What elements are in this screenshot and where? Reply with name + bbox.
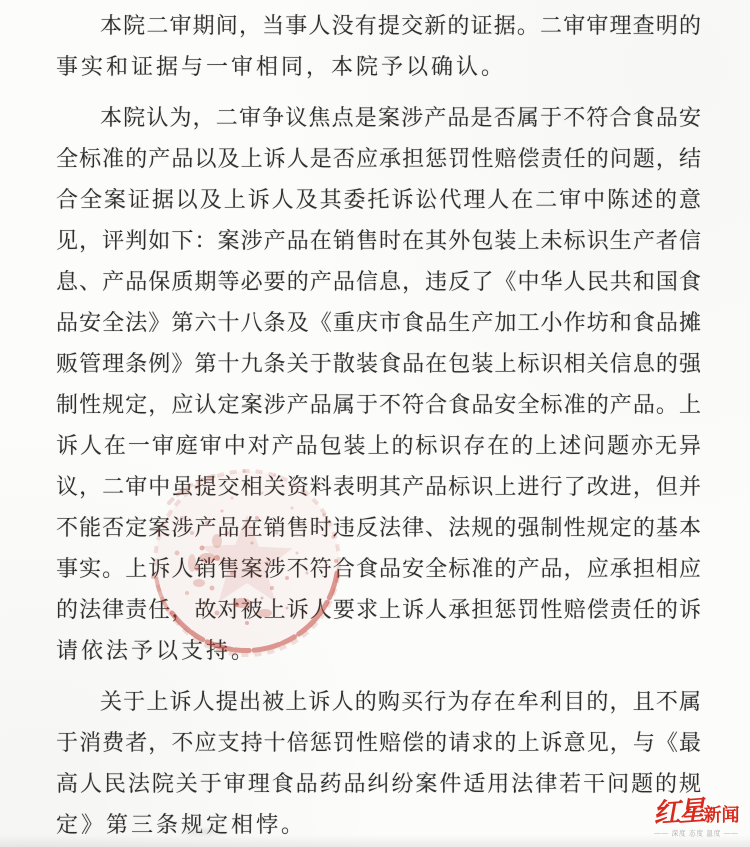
text-line: 息、产品保质期等必要的产品信息，违反了《中华人民共和国食 [56,261,701,302]
text-line: 于消费者，不应支持十倍惩罚性赔偿的请求的上诉意见，与《最 [56,722,701,763]
text-line: 品安全法》第六十八条及《重庆市食品生产加工小作坊和食品摊 [56,302,701,343]
scan-speck [243,697,248,702]
text-line: 制性规定，应认定案涉产品属于不符合食品安全标准的产品。上 [56,384,701,425]
logo-wordmark: 红星 新闻 [645,790,747,829]
text-line: 的法律责任，故对被上诉人要求上诉人承担惩罚性赔偿责任的诉 [56,589,701,630]
document-text: 本院二审期间，当事人没有提交新的证据。二审审理查明的 事实和证据与一审相同，本院… [56,5,701,845]
logo-script-text: 红星 [651,788,704,830]
text-line: 不能否定案涉产品在销售时违反法律、法规的强制性规定的基本 [56,507,701,548]
logo-block-text: 新闻 [704,801,740,827]
text-line: 全标准的产品以及上诉人是否应承担惩罚性赔偿责任的问题，结 [56,138,701,179]
paragraph: 本院认为，二审争议焦点是案涉产品是否属于不符合食品安 全标准的产品以及上诉人是否… [56,97,701,671]
text-line: 事实。上诉人销售案涉不符合食品安全标准的产品，应承担相应 [56,548,701,589]
scan-edge-shadow [0,835,750,847]
text-line: 合全案证据以及上诉人及其委托诉讼代理人在二审中陈述的意 [56,179,701,220]
paragraph: 关于上诉人提出被上诉人的购买行为存在牟利目的，且不属 于消费者，不应支持十倍惩罚… [56,681,701,845]
text-line: 事实和证据与一审相同，本院予以确认。 [56,46,701,87]
text-line: 关于上诉人提出被上诉人的购买行为存在牟利目的，且不属 [56,681,701,722]
text-line: 贩管理条例》第十九条关于散装食品在包装上标识相关信息的强 [56,343,701,384]
text-line: 高人民法院关于审理食品药品纠纷案件适用法律若干问题的规 [56,763,701,804]
paragraph: 本院二审期间，当事人没有提交新的证据。二审审理查明的 事实和证据与一审相同，本院… [56,5,701,87]
scanned-court-document-page: 本院二审期间，当事人没有提交新的证据。二审审理查明的 事实和证据与一审相同，本院… [0,0,750,847]
text-line: 本院二审期间，当事人没有提交新的证据。二审审理查明的 [56,5,701,46]
text-line: 本院认为，二审争议焦点是案涉产品是否属于不符合食品安 [56,97,701,138]
text-line: 议，二审中虽提交相关资料表明其产品标识上进行了改进，但并 [56,466,701,507]
text-line: 请依法予以支持。 [56,630,701,671]
text-line: 见，评判如下：案涉产品在销售时在其外包装上未标识生产者信 [56,220,701,261]
redstar-news-logo: 红星 新闻 —— 深度 态度 温度 —— [645,790,747,840]
text-line: 诉人在一审庭审中对产品包装上的标识存在的上述问题亦无异 [56,425,701,466]
